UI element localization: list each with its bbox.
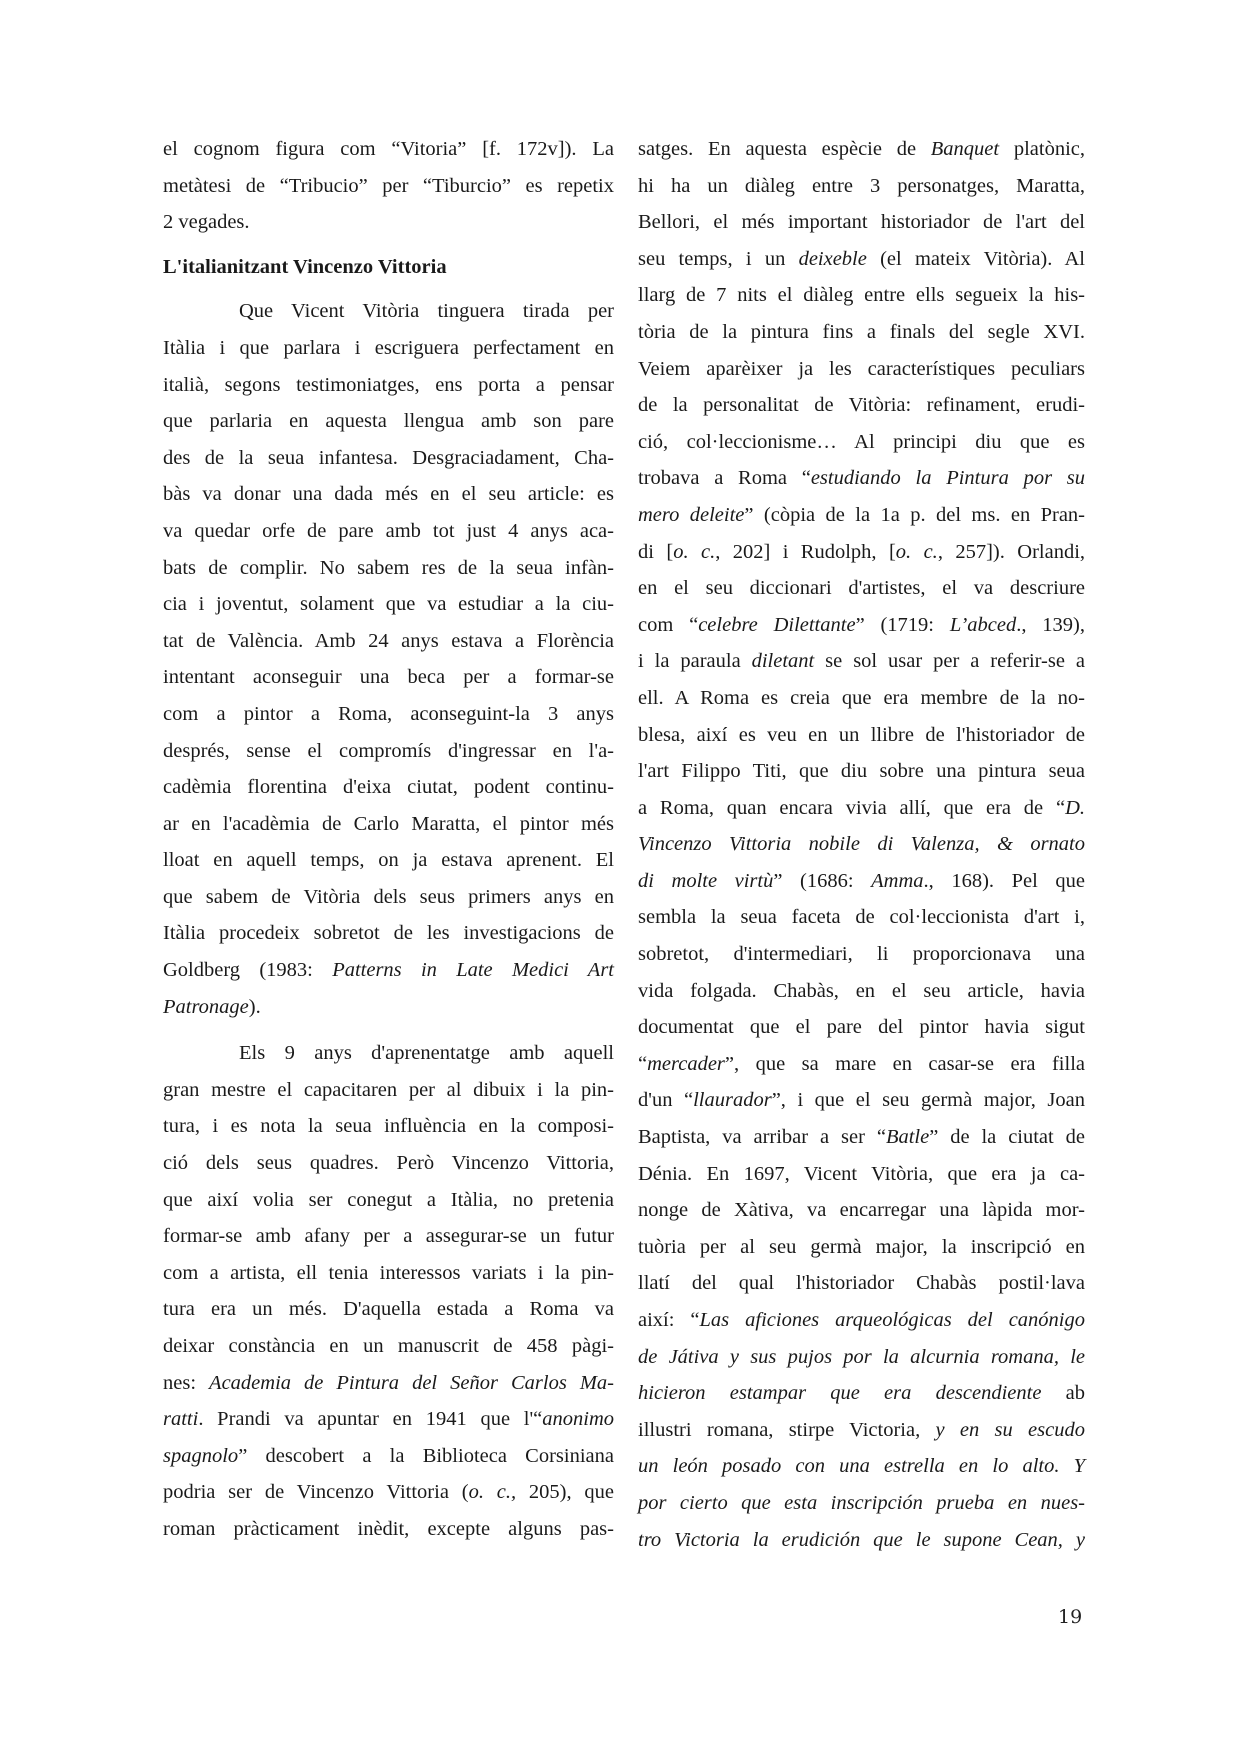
text-line: Els 9 anys d'aprenentatge amb aquell — [163, 1035, 614, 1072]
text-line: Que Vicent Vitòria tinguera tirada per — [163, 293, 614, 330]
text-line: va quedar orfe de pare amb tot just 4 an… — [163, 513, 614, 550]
paragraph-2: Els 9 anys d'aprenentatge amb aquell gra… — [163, 1035, 614, 1547]
text-line: llatí del qual l'historiador Chabàs post… — [638, 1265, 1085, 1302]
text-line: Bellori, el més important historiador de… — [638, 204, 1085, 241]
text-line: tòria de la pintura fins a finals del se… — [638, 314, 1085, 351]
paragraph-gap — [163, 1025, 614, 1035]
text-line: com a pintor a Roma, aconseguint-la 3 an… — [163, 696, 614, 733]
text-line: ell. A Roma es creia que era membre de l… — [638, 680, 1085, 717]
text-line: hicieron estampar que era descendiente a… — [638, 1375, 1085, 1412]
text-line: tura era un més. D'aquella estada a Roma… — [163, 1291, 614, 1328]
text-line: tro Victoria la erudición que le supone … — [638, 1522, 1085, 1559]
text-line: roman pràcticament inèdit, excepte algun… — [163, 1511, 614, 1548]
text-line: que parlaria en aquesta llengua amb son … — [163, 403, 614, 440]
text-line: bàs va donar una dada més en el seu arti… — [163, 476, 614, 513]
text-line: intentant aconseguir una beca per a form… — [163, 659, 614, 696]
text-line: tat de València. Amb 24 anys estava a Fl… — [163, 623, 614, 660]
text-line: bats de complir. No sabem res de la seua… — [163, 550, 614, 587]
text-line: llarg de 7 nits el diàleg entre ells seg… — [638, 277, 1085, 314]
text-line: Patronage). — [163, 989, 614, 1026]
text-line: italià, segons testimoniatges, ens porta… — [163, 367, 614, 404]
section-heading: L'italianitzant Vincenzo Vittoria — [163, 249, 614, 286]
text-line: Dénia. En 1697, Vicent Vitòria, que era … — [638, 1156, 1085, 1193]
text-line: l'art Filippo Titi, que diu sobre una pi… — [638, 753, 1085, 790]
text-line: deixar constància en un manuscrit de 458… — [163, 1328, 614, 1365]
text-line: Veiem aparèixer ja les característiques … — [638, 351, 1085, 388]
text-line: spagnolo” descobert a la Biblioteca Cors… — [163, 1438, 614, 1475]
text-line: seu temps, i un deixeble (el mateix Vitò… — [638, 241, 1085, 278]
text-line: metàtesi de “Tribucio” per “Tiburcio” es… — [163, 168, 614, 205]
text-line: gran mestre el capacitaren per al dibuix… — [163, 1072, 614, 1109]
paragraph-1: Que Vicent Vitòria tinguera tirada per I… — [163, 293, 614, 1025]
left-column: el cognom figura com “Vitoria” [f. 172v]… — [163, 131, 614, 1548]
text-line: després, sense el compromís d'ingressar … — [163, 733, 614, 770]
manuscript-title: Academia de Pintura del Señor Carlos Ma- — [209, 1372, 614, 1394]
text-line: de la personalitat de Vitòria: refinamen… — [638, 387, 1085, 424]
text-line: trobava a Roma “estudiando la Pintura po… — [638, 460, 1085, 497]
text-line: i la paraula diletant se sol usar per a … — [638, 643, 1085, 680]
text-line: cia i joventut, solament que va estudiar… — [163, 586, 614, 623]
text-line: di [o. c., 202] i Rudolph, [o. c., 257])… — [638, 534, 1085, 571]
text-line: vida folgada. Chabàs, en el seu article,… — [638, 973, 1085, 1010]
text-line: així: “Las aficiones arqueológicas del c… — [638, 1302, 1085, 1339]
text-line: documentat que el pare del pintor havia … — [638, 1009, 1085, 1046]
text-line: que sabem de Vitòria dels seus primers a… — [163, 879, 614, 916]
right-column: satges. En aquesta espècie de Banquet pl… — [638, 131, 1085, 1558]
text-line: sembla la seua faceta de col·leccionista… — [638, 899, 1085, 936]
page-number: 19 — [1058, 1606, 1082, 1628]
text-line: d'un “llaurador”, i que el seu germà maj… — [638, 1082, 1085, 1119]
text-line: un león posado con una estrella en lo al… — [638, 1448, 1085, 1485]
book-title: Patterns in Late Medici Art — [332, 959, 614, 981]
text-line: de Játiva y sus pujos por la alcurnia ro… — [638, 1339, 1085, 1376]
text-line: com “celebre Dilettante” (1719: L’abced.… — [638, 607, 1085, 644]
text-line: por cierto que esta inscripción prueba e… — [638, 1485, 1085, 1522]
text-line: formar-se amb afany per a assegurar-se u… — [163, 1218, 614, 1255]
text-line: ratti. Prandi va apuntar en 1941 que l'“… — [163, 1401, 614, 1438]
text-line: que així volia ser conegut a Itàlia, no … — [163, 1182, 614, 1219]
text-line: satges. En aquesta espècie de Banquet pl… — [638, 131, 1085, 168]
text-line: nonge de Xàtiva, va encarregar una làpid… — [638, 1192, 1085, 1229]
text-line: Baptista, va arribar a ser “Batle” de la… — [638, 1119, 1085, 1156]
text-line: des de la seua infantesa. Desgraciadamen… — [163, 440, 614, 477]
text-line: nes: Academia de Pintura del Señor Carlo… — [163, 1365, 614, 1402]
text-line: illustri romana, stirpe Victoria, y en s… — [638, 1412, 1085, 1449]
text-line: ar en l'acadèmia de Carlo Maratta, el pi… — [163, 806, 614, 843]
text-line: com a artista, ell tenia interessos vari… — [163, 1255, 614, 1292]
text-line: podria ser de Vincenzo Vittoria (o. c., … — [163, 1474, 614, 1511]
text-line: cadèmia florentina d'eixa ciutat, podent… — [163, 769, 614, 806]
text-line: hi ha un diàleg entre 3 personatges, Mar… — [638, 168, 1085, 205]
text-line: mero deleite” (còpia de la 1a p. del ms.… — [638, 497, 1085, 534]
text-line: lloat en aquell temps, on ja estava apre… — [163, 842, 614, 879]
book-title: Patronage — [163, 996, 249, 1018]
text-line: tura, i es nota la seua influència en la… — [163, 1108, 614, 1145]
text-line: Itàlia i que parlara i escriguera perfec… — [163, 330, 614, 367]
text-line: blesa, així es veu en un llibre de l'his… — [638, 717, 1085, 754]
text-line: en el seu diccionari d'artistes, el va d… — [638, 570, 1085, 607]
text-line: tuòria per al seu germà major, la inscri… — [638, 1229, 1085, 1266]
text-line: el cognom figura com “Vitoria” [f. 172v]… — [163, 131, 614, 168]
text-line: Itàlia procedeix sobretot de les investi… — [163, 915, 614, 952]
text-line: sobretot, d'intermediari, li proporciona… — [638, 936, 1085, 973]
text-line: a Roma, quan encara vivia allí, que era … — [638, 790, 1085, 827]
text-line: 2 vegades. — [163, 204, 614, 241]
text-line: Goldberg (1983: Patterns in Late Medici … — [163, 952, 614, 989]
text-line: di molte virtù” (1686: Amma., 168). Pel … — [638, 863, 1085, 900]
text-line: “mercader”, que sa mare en casar-se era … — [638, 1046, 1085, 1083]
text-line: Vincenzo Vittoria nobile di Valenza, & o… — [638, 826, 1085, 863]
text-line: ció, col·leccionisme… Al principi diu qu… — [638, 424, 1085, 461]
text-line: ció dels seus quadres. Però Vincenzo Vit… — [163, 1145, 614, 1182]
